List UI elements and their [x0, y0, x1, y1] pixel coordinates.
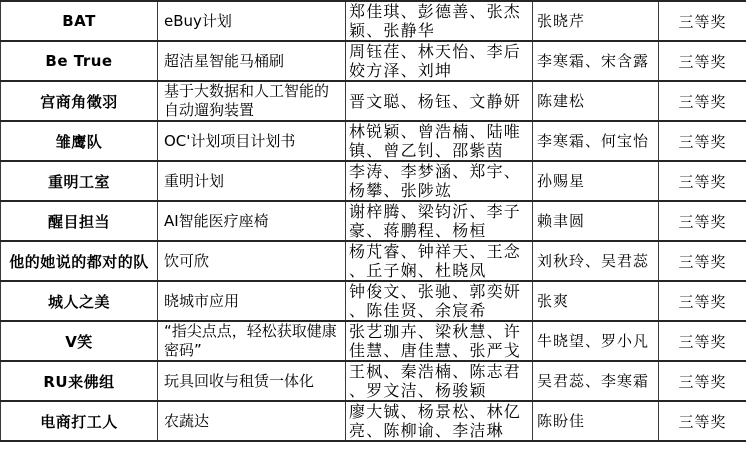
project-name-cell: “指尖点点，轻松获取健康密码”: [158, 321, 346, 361]
team-members-cell: 张艺珈卉、梁秋慧、许佳慧、唐佳慧、张严戈: [346, 321, 533, 361]
team-name-cell: 重明工室: [1, 161, 158, 201]
team-members-cell: 谢梓腾、梁钧沂、李子豪、蒋鹏程、杨桓: [346, 201, 533, 241]
table-row: 醒目担当AI智能医疗座椅谢梓腾、梁钧沂、李子豪、蒋鹏程、杨桓赖聿圆三等奖: [1, 201, 746, 241]
advisor-cell: 张爽: [533, 281, 659, 321]
awards-table: BATeBuy计划郑佳琪、彭德善、张杰颖、张静华张晓芹三等奖Be True超洁星…: [0, 0, 746, 442]
project-name-cell: 重明计划: [158, 161, 346, 201]
awards-table-body: BATeBuy计划郑佳琪、彭德善、张杰颖、张静华张晓芹三等奖Be True超洁星…: [1, 1, 746, 441]
team-name-cell: BAT: [1, 1, 158, 41]
team-members-cell: 李涛、李梦涵、郑宇、杨攀、张陟竑: [346, 161, 533, 201]
award-cell: 三等奖: [659, 1, 746, 41]
table-row: RU来佛组玩具回收与租赁一体化王枫、秦浩楠、陈志君、罗文洁、杨骏颖吴君蕊、李寒霜…: [1, 361, 746, 401]
award-cell: 三等奖: [659, 401, 746, 441]
team-name-cell: 城人之美: [1, 281, 158, 321]
team-members-cell: 钟俊文、张驰、郭奕妍、陈佳贤、余宸希: [346, 281, 533, 321]
advisor-cell: 牛晓望、罗小凡: [533, 321, 659, 361]
table-row: BATeBuy计划郑佳琪、彭德善、张杰颖、张静华张晓芹三等奖: [1, 1, 746, 41]
team-members-cell: 晋文聪、杨钰、文静妍: [346, 81, 533, 121]
team-name-cell: 醒目担当: [1, 201, 158, 241]
project-name-cell: 饮可欣: [158, 241, 346, 281]
advisor-cell: 李寒霜、何宝怡: [533, 121, 659, 161]
award-cell: 三等奖: [659, 361, 746, 401]
team-members-cell: 林锐颖、曾浩楠、陆唯镇、曾乙钊、邵紫茵: [346, 121, 533, 161]
advisor-cell: 赖聿圆: [533, 201, 659, 241]
award-cell: 三等奖: [659, 281, 746, 321]
table-row: Be True超洁星智能马桶刷周钰荏、林天怡、李后姣方泽、刘坤李寒霜、宋含露三等…: [1, 41, 746, 81]
team-members-cell: 廖大铖、杨景松、林亿亮、陈柳谕、李洁琳: [346, 401, 533, 441]
team-members-cell: 王枫、秦浩楠、陈志君、罗文洁、杨骏颖: [346, 361, 533, 401]
table-row: 他的她说的都对的队饮可欣杨芃睿、钟祥天、王念、丘子娴、杜晓凤刘秋玲、吴君蕊三等奖: [1, 241, 746, 281]
team-name-cell: 雏鹰队: [1, 121, 158, 161]
team-members-cell: 郑佳琪、彭德善、张杰颖、张静华: [346, 1, 533, 41]
advisor-cell: 吴君蕊、李寒霜: [533, 361, 659, 401]
project-name-cell: 基于大数据和人工智能的自动遛狗装置: [158, 81, 346, 121]
table-row: 城人之美晓城市应用钟俊文、张驰、郭奕妍、陈佳贤、余宸希张爽三等奖: [1, 281, 746, 321]
project-name-cell: 玩具回收与租赁一体化: [158, 361, 346, 401]
table-row: V笑“指尖点点，轻松获取健康密码”张艺珈卉、梁秋慧、许佳慧、唐佳慧、张严戈牛晓望…: [1, 321, 746, 361]
advisor-cell: 刘秋玲、吴君蕊: [533, 241, 659, 281]
award-cell: 三等奖: [659, 41, 746, 81]
team-members-cell: 周钰荏、林天怡、李后姣方泽、刘坤: [346, 41, 533, 81]
project-name-cell: OC'计划项目计划书: [158, 121, 346, 161]
team-name-cell: Be True: [1, 41, 158, 81]
project-name-cell: 农蔬达: [158, 401, 346, 441]
project-name-cell: AI智能医疗座椅: [158, 201, 346, 241]
advisor-cell: 张晓芹: [533, 1, 659, 41]
advisor-cell: 孙赐星: [533, 161, 659, 201]
award-cell: 三等奖: [659, 201, 746, 241]
table-row: 雏鹰队OC'计划项目计划书林锐颖、曾浩楠、陆唯镇、曾乙钊、邵紫茵李寒霜、何宝怡三…: [1, 121, 746, 161]
team-name-cell: 他的她说的都对的队: [1, 241, 158, 281]
team-members-cell: 杨芃睿、钟祥天、王念、丘子娴、杜晓凤: [346, 241, 533, 281]
award-cell: 三等奖: [659, 161, 746, 201]
table-row: 重明工室重明计划李涛、李梦涵、郑宇、杨攀、张陟竑孙赐星三等奖: [1, 161, 746, 201]
table-row: 电商打工人农蔬达廖大铖、杨景松、林亿亮、陈柳谕、李洁琳陈盼佳三等奖: [1, 401, 746, 441]
team-name-cell: RU来佛组: [1, 361, 158, 401]
project-name-cell: eBuy计划: [158, 1, 346, 41]
team-name-cell: 宫商角徵羽: [1, 81, 158, 121]
project-name-cell: 晓城市应用: [158, 281, 346, 321]
award-cell: 三等奖: [659, 241, 746, 281]
table-row: 宫商角徵羽基于大数据和人工智能的自动遛狗装置晋文聪、杨钰、文静妍陈建松三等奖: [1, 81, 746, 121]
team-name-cell: V笑: [1, 321, 158, 361]
advisor-cell: 陈盼佳: [533, 401, 659, 441]
award-cell: 三等奖: [659, 121, 746, 161]
team-name-cell: 电商打工人: [1, 401, 158, 441]
advisor-cell: 陈建松: [533, 81, 659, 121]
award-cell: 三等奖: [659, 81, 746, 121]
advisor-cell: 李寒霜、宋含露: [533, 41, 659, 81]
project-name-cell: 超洁星智能马桶刷: [158, 41, 346, 81]
award-cell: 三等奖: [659, 321, 746, 361]
